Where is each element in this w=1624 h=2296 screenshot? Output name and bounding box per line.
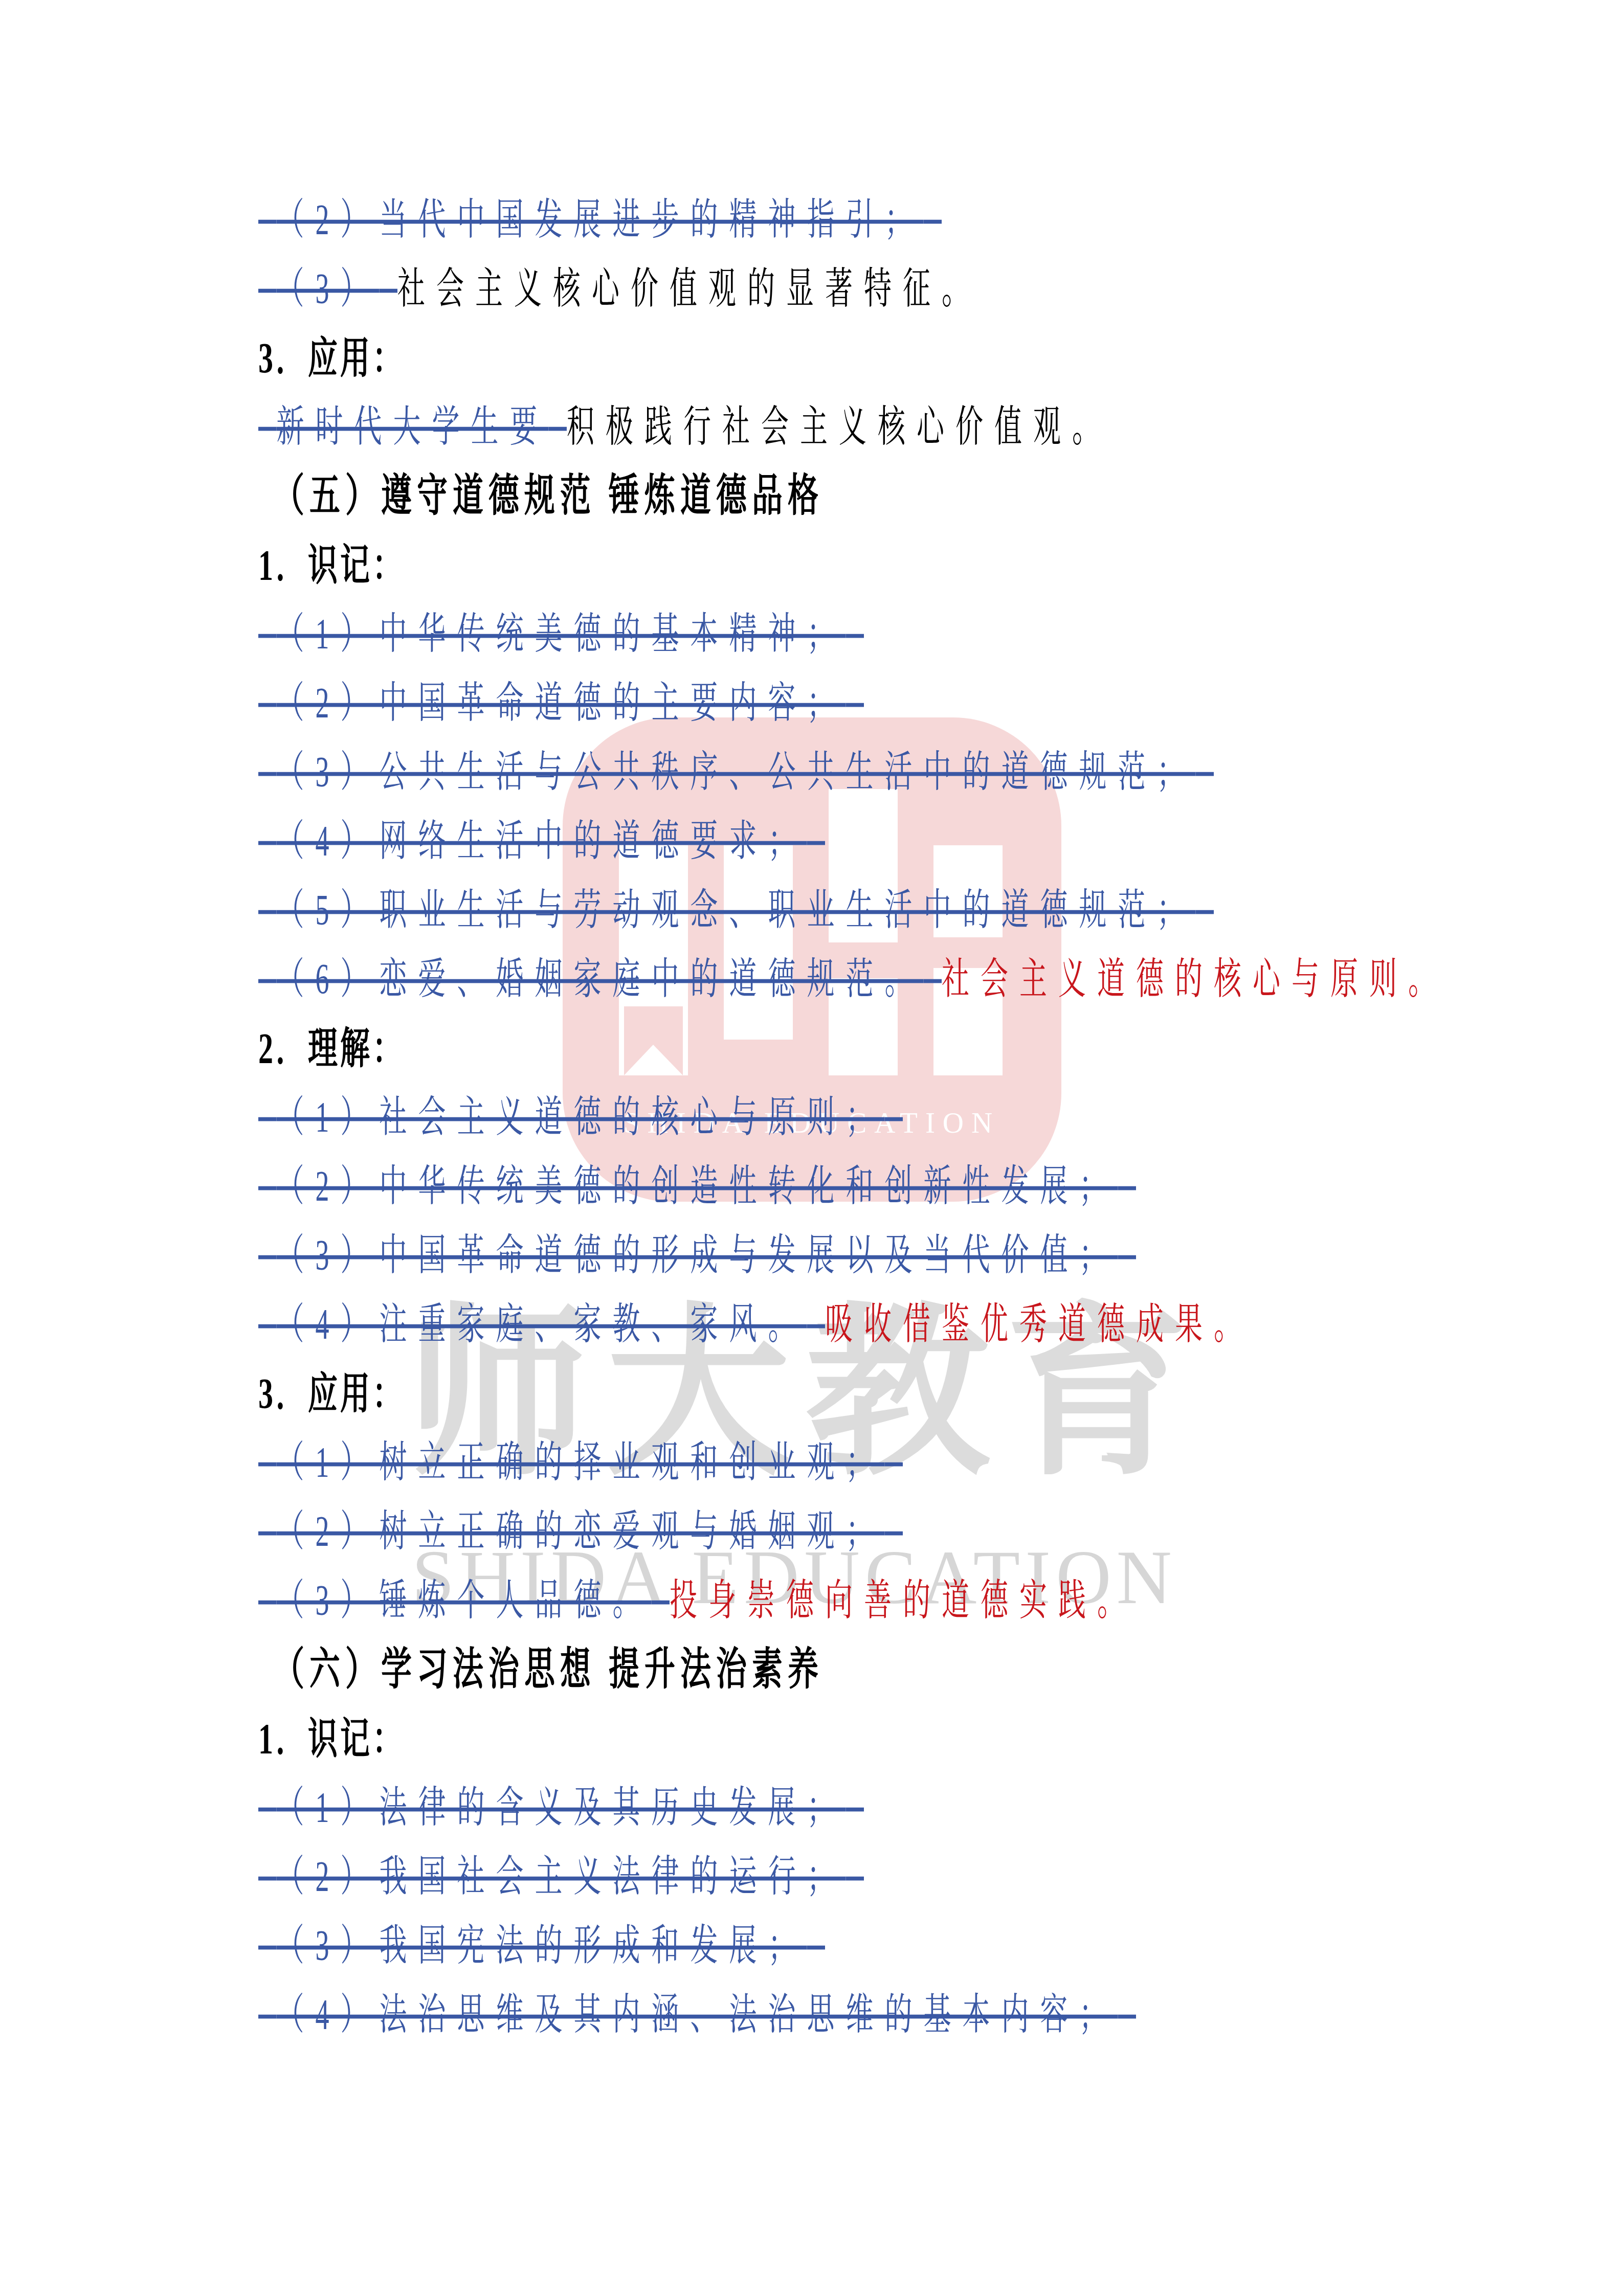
inserted-text: 吸收借鉴优秀道德成果。 xyxy=(825,1300,1253,1348)
document-page: SHIDA EDUCATION 师大教育 SHIDA EDUCATION （2）… xyxy=(0,0,1624,2296)
deleted-text: （3） xyxy=(258,265,397,312)
deleted-text: （4）法治思维及其内涵、法治思维的基本内容； xyxy=(258,1991,1136,2038)
strong-text: （五）遵守道德规范 锤炼道德品格 xyxy=(274,471,824,521)
normal-text: 积极践行社会主义核心价值观。 xyxy=(567,403,1111,451)
deleted-text: （6）恋爱、婚姻家庭中的道德规范。 xyxy=(258,955,942,1003)
inserted-text: 社会主义道德的核心与原则。 xyxy=(942,955,1447,1003)
document-line: （4）法治思维及其内涵、法治思维的基本内容； xyxy=(0,1962,1624,2068)
deleted-text: （3）锤炼个人品德。 xyxy=(258,1577,670,1624)
strong-text: （六）学习法治思想 提升法治素养 xyxy=(274,1645,824,1694)
normal-text: 社会主义核心价值观的显著特征。 xyxy=(397,265,981,312)
deleted-text: 新时代大学生要 xyxy=(258,403,567,451)
deleted-text: （4）注重家庭、家教、家风。 xyxy=(258,1300,825,1348)
document-content: （2）当代中国发展进步的精神指引；（3）社会主义核心价值观的显著特征。3．应用：… xyxy=(0,186,1624,2050)
inserted-text: 投身崇德向善的道德实践。 xyxy=(670,1577,1136,1624)
